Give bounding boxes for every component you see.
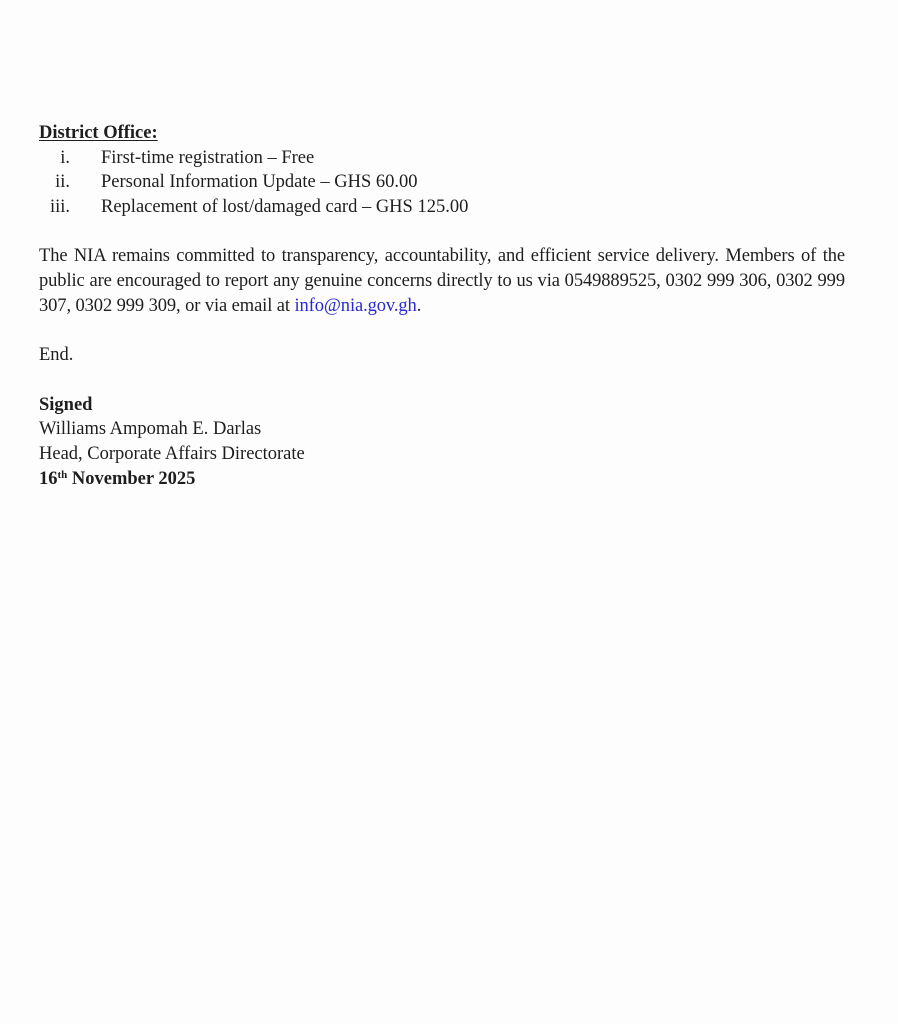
release-date-rest: November 2025 [67,469,195,489]
signed-label: Signed [39,393,851,418]
fee-item: i. First-time registration – Free [39,146,851,171]
release-date: 16th November 2025 [39,467,851,492]
end-marker: End. [39,343,851,368]
fee-item-numeral: i. [39,146,70,171]
release-date-ordinal: th [58,469,68,481]
fee-item-numeral: ii. [39,170,70,195]
signatory-title: Head, Corporate Affairs Directorate [39,442,851,467]
email-link[interactable]: info@nia.gov.gh [294,296,416,316]
district-office-heading: District Office: [39,121,851,146]
document-page: District Office: i. First-time registrat… [39,121,851,491]
fee-item-numeral: iii. [39,195,70,220]
statement-text: The NIA remains committed to transparenc… [39,246,845,315]
fee-item: iii. Replacement of lost/damaged card – … [39,195,851,220]
district-office-fee-list: i. First-time registration – Free ii. Pe… [39,146,851,220]
signature-block: Signed Williams Ampomah E. Darlas Head, … [39,393,851,491]
fee-item: ii. Personal Information Update – GHS 60… [39,170,851,195]
fee-item-text: Replacement of lost/damaged card – GHS 1… [101,195,468,220]
fee-item-text: Personal Information Update – GHS 60.00 [101,170,418,195]
commitment-statement: The NIA remains committed to transparenc… [39,244,845,318]
release-date-day: 16 [39,469,58,489]
statement-text-end: . [417,296,422,316]
signatory-name: Williams Ampomah E. Darlas [39,417,851,442]
fee-item-text: First-time registration – Free [101,146,314,171]
